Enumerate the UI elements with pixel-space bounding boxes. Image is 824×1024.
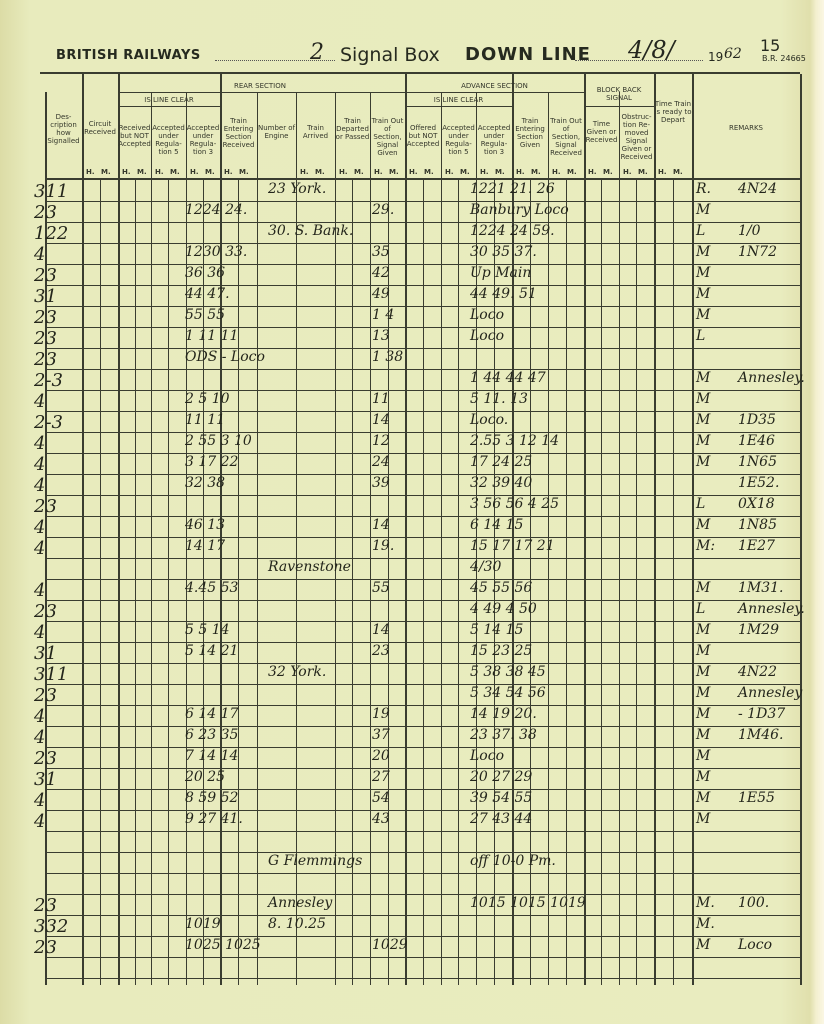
- row-rear-section: 5 14 21: [185, 643, 238, 659]
- minutes-label: M.: [673, 168, 683, 176]
- row-remarks-code: M:: [696, 538, 715, 554]
- row-remarks: Annesley: [738, 685, 802, 701]
- row-out-of-section: 14: [372, 622, 390, 638]
- row-rear-section: 36 36: [185, 265, 225, 281]
- row-remarks-code: L: [696, 328, 705, 344]
- row-remarks: 100.: [738, 895, 769, 911]
- hours-label: H.: [122, 168, 131, 176]
- row-remarks: 1N72: [738, 244, 777, 260]
- row-line: [45, 726, 800, 727]
- row-rear-section: ODS - Loco: [185, 349, 265, 365]
- row-advance-section: 5 14 15: [470, 622, 523, 638]
- header-adv-offered-not-accepted: Offered but NOT Accepted: [405, 124, 441, 148]
- row-description: 122: [34, 223, 68, 244]
- row-remarks: 1E52.: [738, 475, 779, 491]
- row-remarks-code: M: [696, 790, 710, 806]
- row-remarks-code: L: [696, 601, 705, 617]
- row-remarks-code: M: [696, 769, 710, 785]
- row-remarks-code: M.: [696, 895, 715, 911]
- row-line: [45, 432, 800, 433]
- header-bottom-rule: [45, 178, 800, 180]
- row-description: 23: [34, 937, 57, 958]
- hours-label: H.: [86, 168, 95, 176]
- hours-label: H.: [480, 168, 489, 176]
- row-remarks-code: M: [696, 706, 710, 722]
- minutes-label: M.: [531, 168, 541, 176]
- row-line: [45, 243, 800, 244]
- row-out-of-section: 20: [372, 748, 390, 764]
- row-remarks-code: M: [696, 937, 710, 953]
- row-description: 23: [34, 601, 57, 622]
- row-note: 30. S. Bank.: [268, 223, 353, 239]
- header-advance-section: ADVANCE SECTION: [405, 82, 584, 90]
- row-rear-section: 5 5 14: [185, 622, 230, 638]
- org-title: BRITISH RAILWAYS: [56, 48, 201, 63]
- header-adv-ilc: IS LINE CLEAR: [405, 96, 512, 104]
- row-line: [45, 495, 800, 496]
- row-description: 4: [34, 391, 45, 412]
- header-circuit-received: Circuit Received: [82, 120, 118, 136]
- signal-box-register-page: BRITISH RAILWAYS 2 Signal Box DOWN LINE …: [0, 0, 824, 1024]
- row-advance-section: 30 35 37.: [470, 244, 537, 260]
- row-out-of-section: 13: [372, 328, 390, 344]
- row-description: 4: [34, 580, 45, 601]
- row-line: [45, 663, 800, 664]
- row-note: Annesley: [268, 895, 332, 911]
- hours-label: H.: [339, 168, 348, 176]
- row-advance-section: Loco: [470, 328, 504, 344]
- row-description: 2-3: [34, 412, 63, 433]
- row-line: [45, 600, 800, 601]
- minutes-label: M.: [495, 168, 505, 176]
- column-line: [800, 74, 802, 985]
- row-advance-section: 23 37. 38: [470, 727, 537, 743]
- row-remarks-code: M: [696, 517, 710, 533]
- row-out-of-section: 24: [372, 454, 390, 470]
- row-out-of-section: 35: [372, 244, 390, 260]
- row-remarks-code: M: [696, 664, 710, 680]
- hours-label: H.: [224, 168, 233, 176]
- row-description: 23: [34, 328, 57, 349]
- row-note: 8. 10.25: [268, 916, 326, 932]
- row-rear-section: 32 38: [185, 475, 225, 491]
- row-remarks-code: M: [696, 685, 710, 701]
- header-rear-section: REAR SECTION: [220, 82, 300, 90]
- row-remarks: 1M31.: [738, 580, 784, 596]
- row-out-of-section: 11: [372, 391, 390, 407]
- row-line: [45, 579, 800, 580]
- row-remarks: Loco: [738, 937, 772, 953]
- row-advance-section: 20 27 29: [470, 769, 532, 785]
- row-line: [45, 453, 800, 454]
- hours-label: H.: [374, 168, 383, 176]
- row-description: 4: [34, 727, 45, 748]
- row-remarks-code: M: [696, 748, 710, 764]
- row-remarks-code: M.: [696, 916, 715, 932]
- header-block-back: BLOCK BACK SIGNAL: [584, 86, 654, 102]
- signal-box-label: Signal Box: [340, 44, 440, 66]
- header-time-ready: Time Train is ready to Depart: [654, 100, 692, 124]
- row-remarks-code: M: [696, 580, 710, 596]
- row-description: 4: [34, 454, 45, 475]
- row-line: [45, 705, 800, 706]
- row-remarks: 1M46.: [738, 727, 784, 743]
- row-rear-section: 1019: [185, 916, 221, 932]
- hours-label: H.: [409, 168, 418, 176]
- hm-subdivision: [601, 178, 602, 985]
- row-line: [45, 264, 800, 265]
- row-note: G Flemmings: [268, 853, 362, 869]
- row-line: [45, 894, 800, 895]
- row-rear-section: 11 11: [185, 412, 225, 428]
- row-line: [45, 831, 800, 832]
- row-description: 4: [34, 790, 45, 811]
- row-line: [45, 810, 800, 811]
- row-description: 23: [34, 265, 57, 286]
- row-line: [45, 558, 800, 559]
- minutes-label: M.: [567, 168, 577, 176]
- row-remarks-code: M: [696, 286, 710, 302]
- row-advance-section: Up Main: [470, 265, 531, 281]
- row-rear-section: 1224 24.: [185, 202, 247, 218]
- row-remarks-code: M: [696, 454, 710, 470]
- row-remarks: 1E55: [738, 790, 775, 806]
- row-advance-section: 15 17 17 21: [470, 538, 555, 554]
- row-line: [45, 873, 800, 874]
- hours-label: H.: [300, 168, 309, 176]
- row-advance-section: Banbury Loco: [470, 202, 569, 218]
- row-description: 23: [34, 202, 57, 223]
- header-rear-received-not-accepted: Received but NOT Accepted: [118, 124, 151, 148]
- hours-label: H.: [588, 168, 597, 176]
- row-advance-section: 39 54 55: [470, 790, 532, 806]
- row-rear-section: 46 13: [185, 517, 225, 533]
- year-prefix: 19: [708, 50, 723, 64]
- minutes-label: M.: [389, 168, 399, 176]
- row-rear-section: 14 17: [185, 538, 225, 554]
- row-rear-section: 6 23 35: [185, 727, 238, 743]
- row-advance-section: 2.55 3 12 14: [470, 433, 559, 449]
- header-number-of-engine: Number of Engine: [257, 124, 296, 140]
- header-bb-time-given: Time Given or Received: [584, 120, 619, 144]
- row-advance-section: Loco: [470, 748, 504, 764]
- row-remarks: 4N24: [738, 181, 777, 197]
- row-remarks: 4N22: [738, 664, 777, 680]
- rear-ilc-rule: [118, 106, 220, 107]
- row-line: [45, 411, 800, 412]
- row-remarks-code: M: [696, 244, 710, 260]
- row-advance-section: 3 56 56 4 25: [470, 496, 559, 512]
- bb-rule: [584, 106, 654, 107]
- minutes-label: M.: [205, 168, 215, 176]
- row-advance-section: 14 19 20.: [470, 706, 537, 722]
- row-description: 4: [34, 706, 45, 727]
- row-remarks: 1N85: [738, 517, 777, 533]
- hm-subdivision: [135, 178, 136, 985]
- row-description: 31: [34, 643, 57, 664]
- box-number: 2: [310, 40, 324, 65]
- row-line: [45, 957, 800, 958]
- row-remarks: 0X18: [738, 496, 775, 512]
- row-rear-section: 1 11 11: [185, 328, 238, 344]
- column-line: [405, 74, 407, 985]
- column-line: [82, 74, 84, 985]
- header-adv-train-out: Train Out of Section, Signal Received: [548, 117, 584, 157]
- row-advance-section: 1224 24 59.: [470, 223, 555, 239]
- row-advance-section: 4 49 4 50: [470, 601, 537, 617]
- minutes-label: M.: [101, 168, 111, 176]
- hm-subdivision: [423, 178, 424, 985]
- row-out-of-section: 1 4: [372, 307, 394, 323]
- hm-subdivision: [100, 178, 101, 985]
- row-line: [45, 537, 800, 538]
- row-description: 311: [34, 664, 68, 685]
- row-rear-section: 20 25: [185, 769, 225, 785]
- row-description: 23: [34, 748, 57, 769]
- minutes-label: M.: [354, 168, 364, 176]
- row-out-of-section: 1029: [372, 937, 408, 953]
- row-line: [45, 390, 800, 391]
- hours-label: H.: [516, 168, 525, 176]
- row-description: 4: [34, 622, 45, 643]
- row-description: 332: [34, 916, 68, 937]
- row-remarks-code: R.: [696, 181, 711, 197]
- row-out-of-section: 1 38: [372, 349, 403, 365]
- row-remarks-code: M: [696, 202, 710, 218]
- row-out-of-section: 42: [372, 265, 390, 281]
- row-line: [45, 684, 800, 685]
- row-description: 4: [34, 811, 45, 832]
- column-line: [584, 74, 586, 985]
- row-remarks: 1/0: [738, 223, 761, 239]
- adv-header-rule: [405, 92, 584, 93]
- minutes-label: M.: [239, 168, 249, 176]
- hours-label: H.: [190, 168, 199, 176]
- hours-label: H.: [552, 168, 561, 176]
- hm-subdivision: [458, 178, 459, 985]
- header-description: Des-cription how Signalled: [45, 113, 82, 145]
- hm-subdivision: [566, 178, 567, 985]
- form-number: B.R. 24665: [762, 54, 806, 63]
- hm-subdivision: [168, 178, 169, 985]
- column-line: [118, 74, 120, 985]
- row-remarks: 1E27: [738, 538, 775, 554]
- row-out-of-section: 43: [372, 811, 390, 827]
- row-line: [45, 369, 800, 370]
- row-out-of-section: 27: [372, 769, 390, 785]
- row-advance-section: 1015 1015 1019: [470, 895, 586, 911]
- row-line: [45, 474, 800, 475]
- row-advance-section: Loco.: [470, 412, 508, 428]
- hm-subdivision: [673, 178, 674, 985]
- header-bb-obstruction-removed: Obstruc-tion Re-moved Signal Given or Re…: [619, 113, 654, 161]
- minutes-label: M.: [424, 168, 434, 176]
- page-number: 15: [760, 36, 780, 55]
- header-train-arrived: Train Arrived: [296, 124, 335, 140]
- row-description: 23: [34, 307, 57, 328]
- row-rear-section: 44 47.: [185, 286, 230, 302]
- row-description: 2-3: [34, 370, 63, 391]
- row-line: [45, 201, 800, 202]
- row-line: [45, 852, 800, 853]
- row-line: [45, 936, 800, 937]
- row-rear-section: 1230 33.: [185, 244, 247, 260]
- row-advance-section: 45 55 56: [470, 580, 532, 596]
- row-out-of-section: 19: [372, 706, 390, 722]
- minutes-label: M.: [603, 168, 613, 176]
- row-advance-section: 5 11. 13: [470, 391, 528, 407]
- row-description: 23: [34, 496, 57, 517]
- row-line: [45, 747, 800, 748]
- minutes-label: M.: [170, 168, 180, 176]
- row-advance-section: off 10-0 Pm.: [470, 853, 556, 869]
- year-suffix: 62: [724, 46, 742, 62]
- row-description: 4: [34, 517, 45, 538]
- header-adv-train-entering: Train Entering Section Given: [512, 117, 548, 149]
- row-out-of-section: 54: [372, 790, 390, 806]
- row-advance-section: 15 23 25: [470, 643, 532, 659]
- row-advance-section: 5 38 38 45: [470, 664, 546, 680]
- row-remarks: 1D35: [738, 412, 776, 428]
- row-remarks-code: M: [696, 727, 710, 743]
- rear-header-rule: [118, 92, 405, 93]
- header-adv-reg5: Accepted under Regula-tion 5: [441, 124, 476, 156]
- row-advance-section: 4/30: [470, 559, 501, 575]
- hours-label: H.: [623, 168, 632, 176]
- adv-ilc-rule: [405, 106, 512, 107]
- row-rear-section: 4.45 53: [185, 580, 238, 596]
- row-remarks-code: L: [696, 496, 705, 512]
- row-remarks-code: M: [696, 811, 710, 827]
- row-remarks-code: M: [696, 643, 710, 659]
- row-rear-section: 3 17 22: [185, 454, 238, 470]
- row-description: 311: [34, 181, 68, 202]
- row-description: 23: [34, 685, 57, 706]
- header-rear-train-entering: Train Entering Section Received: [220, 117, 257, 149]
- header-rear-ilc: IS LINE CLEAR: [118, 96, 220, 104]
- row-advance-section: 32 39 40: [470, 475, 532, 491]
- hm-subdivision: [636, 178, 637, 985]
- row-remarks-code: M: [696, 622, 710, 638]
- hours-label: H.: [445, 168, 454, 176]
- row-note: Ravenstone: [268, 559, 351, 575]
- header-adv-reg3: Accepted under Regula-tion 3: [476, 124, 512, 156]
- minutes-label: M.: [137, 168, 147, 176]
- row-line: [45, 789, 800, 790]
- row-line: [45, 306, 800, 307]
- row-remarks: 1M29: [738, 622, 779, 638]
- row-advance-section: 17 24 25: [470, 454, 532, 470]
- row-out-of-section: 49: [372, 286, 390, 302]
- header-remarks: REMARKS: [692, 124, 800, 132]
- row-line: [45, 327, 800, 328]
- row-line: [45, 621, 800, 622]
- header-rear-reg5: Accepted under Regula-tion 5: [151, 124, 186, 156]
- date: 4/8/: [628, 36, 675, 64]
- row-advance-section: Loco: [470, 307, 504, 323]
- row-line: [45, 642, 800, 643]
- row-rear-section: 7 14 14: [185, 748, 238, 764]
- row-rear-section: 6 14 17: [185, 706, 238, 722]
- row-advance-section: 27 43 44: [470, 811, 532, 827]
- row-out-of-section: 39: [372, 475, 390, 491]
- row-out-of-section: 55: [372, 580, 390, 596]
- row-rear-section: 2 5 10: [185, 391, 230, 407]
- header-rear-reg3: Accepted under Regula-tion 3: [186, 124, 220, 156]
- row-remarks: Annesley.: [738, 601, 805, 617]
- hours-label: H.: [155, 168, 164, 176]
- row-out-of-section: 37: [372, 727, 390, 743]
- row-out-of-section: 14: [372, 412, 390, 428]
- row-rear-section: 1025 1025: [185, 937, 261, 953]
- row-remarks: Annesley.: [738, 370, 805, 386]
- row-line: [45, 915, 800, 916]
- header-train-departed: Train Departed or Passed: [335, 117, 370, 141]
- minutes-label: M.: [460, 168, 470, 176]
- row-remarks-code: M: [696, 265, 710, 281]
- row-rear-section: 8 59 52: [185, 790, 238, 806]
- line-title: DOWN LINE: [465, 44, 591, 65]
- row-out-of-section: 12: [372, 433, 390, 449]
- column-line: [692, 74, 694, 985]
- row-remarks-code: M: [696, 307, 710, 323]
- minutes-label: M.: [315, 168, 325, 176]
- row-line: [45, 768, 800, 769]
- row-line: [45, 285, 800, 286]
- row-rear-section: 9 27 41.: [185, 811, 243, 827]
- row-advance-section: 6 14 15: [470, 517, 523, 533]
- row-note: 23 York.: [268, 181, 326, 197]
- row-description: 4: [34, 538, 45, 559]
- row-advance-section: 44 49. 51: [470, 286, 537, 302]
- row-description: 4: [34, 433, 45, 454]
- minutes-label: M.: [638, 168, 648, 176]
- row-advance-section: 1221 21. 26: [470, 181, 555, 197]
- row-rear-section: 2 55 3 10: [185, 433, 252, 449]
- row-out-of-section: 23: [372, 643, 390, 659]
- top-rule: [40, 72, 800, 74]
- row-advance-section: 5 34 54 56: [470, 685, 546, 701]
- column-line: [654, 74, 656, 985]
- row-description: 31: [34, 769, 57, 790]
- row-line: [45, 348, 800, 349]
- row-description: 23: [34, 349, 57, 370]
- row-description: 23: [34, 895, 57, 916]
- row-remarks-code: M: [696, 370, 710, 386]
- row-line: [45, 222, 800, 223]
- row-description: 4: [34, 475, 45, 496]
- row-description: 4: [34, 244, 45, 265]
- row-rear-section: 55 55: [185, 307, 225, 323]
- row-remarks-code: M: [696, 412, 710, 428]
- row-note: 32 York.: [268, 664, 326, 680]
- row-remarks-code: M: [696, 391, 710, 407]
- header-train-out-of-section: Train Out of Section, Signal Given: [370, 117, 405, 157]
- row-remarks: 1N65: [738, 454, 777, 470]
- row-advance-section: 1 44 44 47: [470, 370, 546, 386]
- row-remarks-code: M: [696, 433, 710, 449]
- row-out-of-section: 29.: [372, 202, 394, 218]
- hours-label: H.: [658, 168, 667, 176]
- row-line: [45, 516, 800, 517]
- row-description: 31: [34, 286, 57, 307]
- row-remarks: 1E46: [738, 433, 775, 449]
- row-line: [45, 978, 800, 979]
- row-remarks: - 1D37: [738, 706, 785, 722]
- row-remarks-code: L: [696, 223, 705, 239]
- row-out-of-section: 19.: [372, 538, 394, 554]
- row-out-of-section: 14: [372, 517, 390, 533]
